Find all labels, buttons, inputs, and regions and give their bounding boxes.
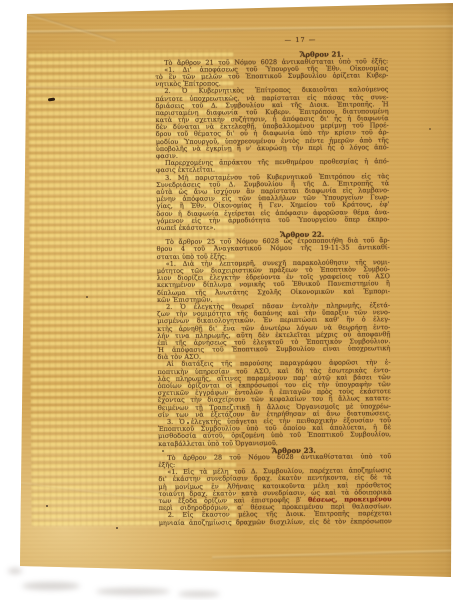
article-heading: Ἄρθρον 21.: [205, 50, 438, 59]
scanner-smudge: [178, 591, 220, 597]
ink-speck: [86, 296, 88, 298]
scanner-smudge: [22, 582, 80, 590]
scanner-smudge: [8, 568, 22, 574]
text-line: μηνιαία ἀποζημίωσις δραχμῶν δισχιλίων, ε…: [159, 518, 392, 527]
paper-corner-fold: [27, 13, 116, 42]
scan-background: — 17 —Ἄρθρον 21.Τὸ ἄρθρον 21 τοῦ Νόμου 6…: [0, 0, 461, 600]
paper-crease: [212, 550, 454, 559]
page-text-column: — 17 —Ἄρθρον 21.Τὸ ἄρθρον 21 τοῦ Νόμου 6…: [155, 36, 392, 527]
document-page: — 17 —Ἄρθρον 21.Τὸ ἄρθρον 21 τοῦ Νόμου 6…: [0, 0, 461, 600]
ink-speck: [429, 128, 431, 130]
ink-speck: [46, 505, 48, 507]
ink-speck: [116, 527, 118, 529]
scanner-smudge: [96, 588, 170, 595]
